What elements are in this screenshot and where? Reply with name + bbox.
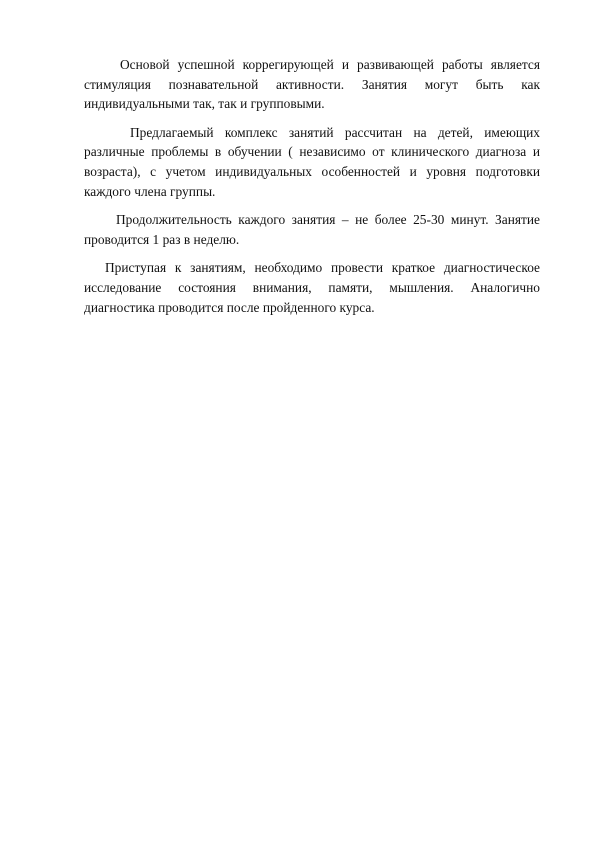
paragraph-diagnostics: Приступая к занятиям, необходимо провест…	[84, 258, 540, 317]
document-page: Основой успешной коррегирующей и развива…	[84, 55, 540, 317]
paragraph-duration: Продолжительность каждого занятия – не б…	[84, 210, 540, 249]
paragraph-complex: Предлагаемый комплекс занятий рассчитан …	[84, 123, 540, 201]
paragraph-basis: Основой успешной коррегирующей и развива…	[84, 55, 540, 114]
